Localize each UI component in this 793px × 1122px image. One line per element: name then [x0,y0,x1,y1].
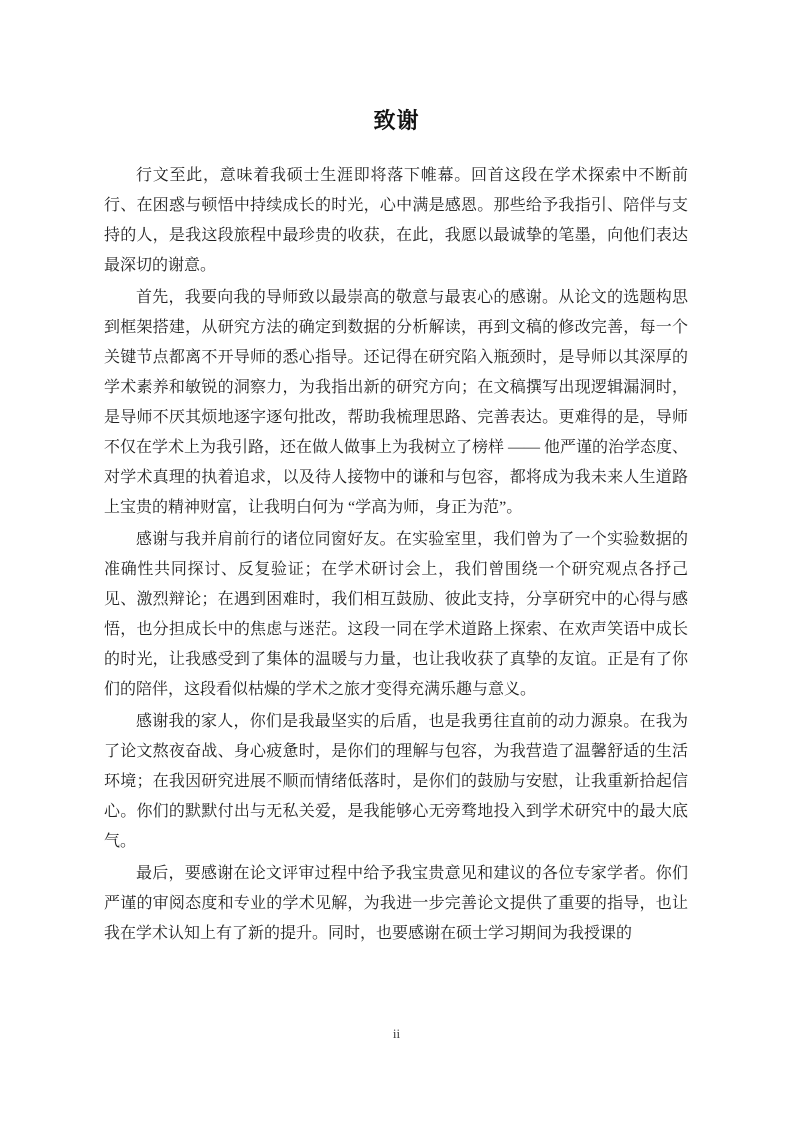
paragraph-advisor: 首先，我要向我的导师致以最崇高的敬意与最衷心的感谢。从论文的选题构思到框架搭建，… [104,283,688,523]
page-title: 致谢 [0,104,793,135]
page-number: ii [0,1026,793,1042]
paragraph-family: 感谢我的家人，你们是我最坚实的后盾，也是我勇往直前的动力源泉。在我为了论文熬夜奋… [104,707,688,857]
paragraph-intro: 行文至此，意味着我硕士生涯即将落下帷幕。回首这段在学术探索中不断前行、在困惑与顿… [104,161,688,281]
thesis-acknowledgments-page: 致谢 行文至此，意味着我硕士生涯即将落下帷幕。回首这段在学术探索中不断前行、在困… [0,0,793,1122]
paragraph-reviewers: 最后，要感谢在论文评审过程中给予我宝贵意见和建议的各位专家学者。你们严谨的审阅态… [104,859,688,949]
body-text: 行文至此，意味着我硕士生涯即将落下帷幕。回首这段在学术探索中不断前行、在困惑与顿… [104,161,688,951]
paragraph-classmates: 感谢与我并肩前行的诸位同窗好友。在实验室里，我们曾为了一个实验数据的准确性共同探… [104,525,688,705]
